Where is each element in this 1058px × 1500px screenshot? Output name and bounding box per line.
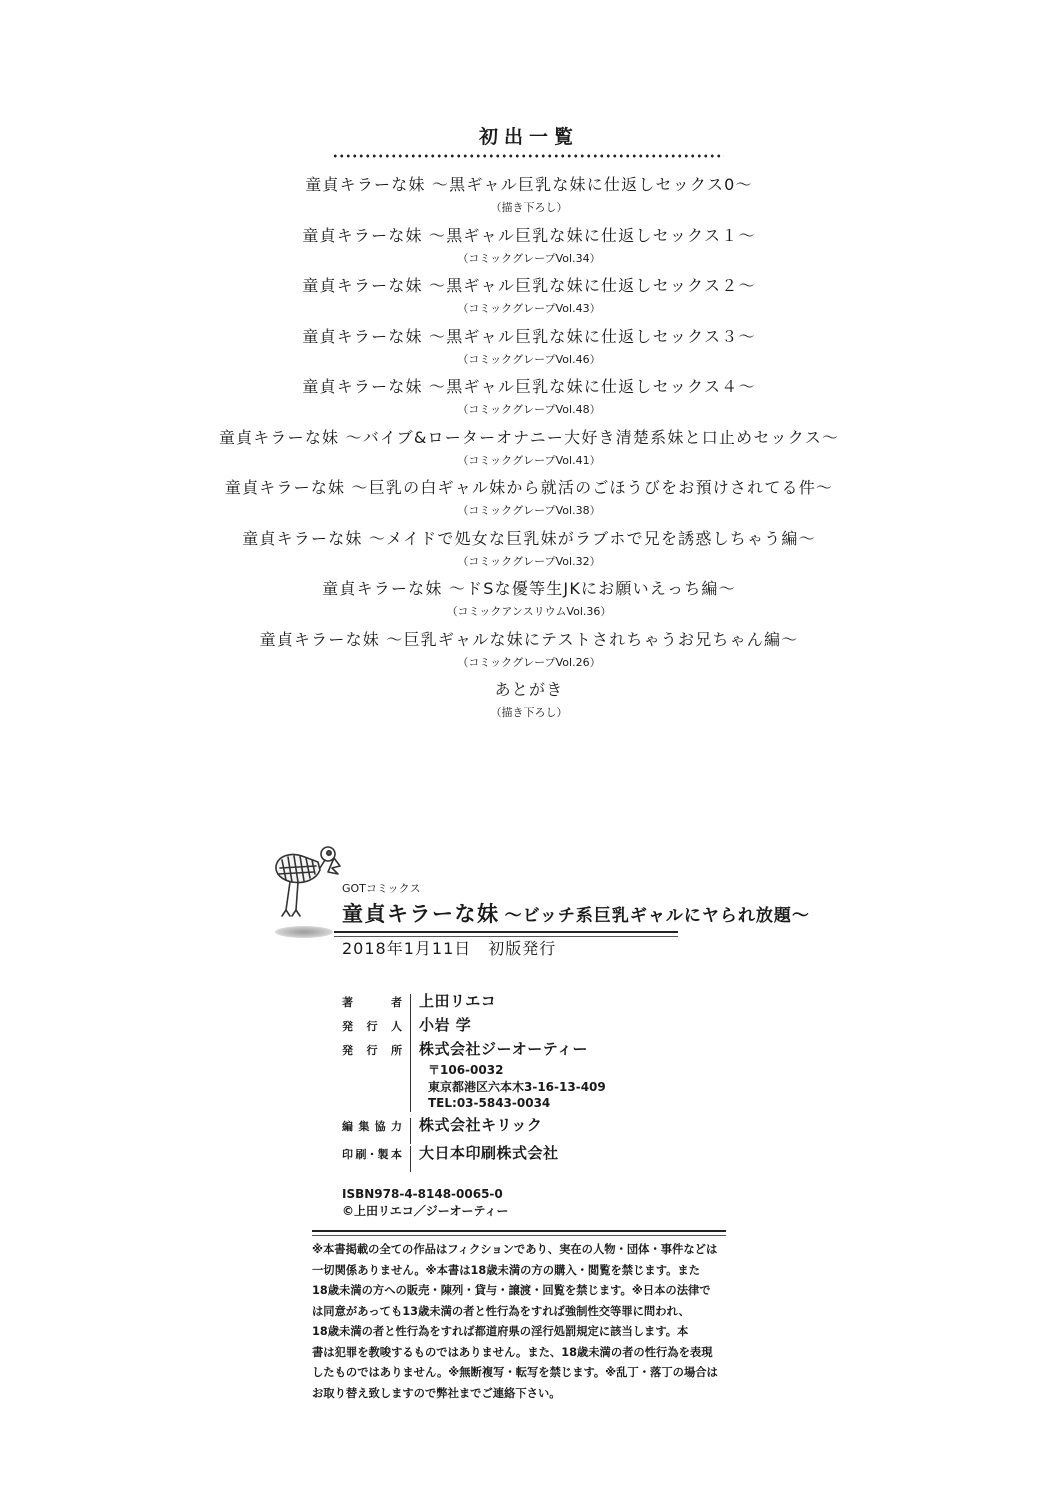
notice-line: 書は犯罪を教唆するものではありません。また、18歳未満の者の性行為を表現 (312, 1343, 726, 1364)
toc-entry-source: （コミックグレープVol.26） (0, 655, 1058, 671)
series-label: GOTコミックス (342, 880, 421, 896)
telephone: TEL:03-5843-0034 (428, 1095, 702, 1112)
credit-label: 著者 (342, 994, 411, 1018)
bird-logo-shadow (275, 926, 333, 938)
toc-entry-title: あとがき (0, 679, 1058, 701)
toc-entry: 童貞キラーな妹 ～黒ギャル巨乳な妹に仕返しセックス３～（コミックグレープVol.… (0, 326, 1058, 377)
toc-entry-title: 童貞キラーな妹 ～黒ギャル巨乳な妹に仕返しセックス４～ (0, 376, 1058, 398)
toc-entry-title: 童貞キラーな妹 ～バイブ&ローターオナニー大好き清楚系妹と口止めセックス～ (0, 427, 1058, 449)
credit-row-author: 著者 上田リエコ (342, 990, 702, 1014)
toc-entry-source: （描き下ろし） (0, 705, 1058, 721)
credit-value: 株式会社ジーオーティー (411, 1038, 588, 1059)
notice-line: 18歳未満の者と性行為をすれば都道府県の淫行処罰規定に該当します。本 (312, 1322, 726, 1343)
toc-entry: 童貞キラーな妹 ～バイブ&ローターオナニー大好き清楚系妹と口止めセックス～（コミ… (0, 427, 1058, 478)
credits-table: 著者 上田リエコ 発行人 小岩 学 発行所 株式会社ジーオーティー 〒106-0… (342, 990, 702, 1168)
toc-entry: 童貞キラーな妹 ～メイドで処女な巨乳妹がラブホで兄を誘惑しちゃう編～（コミックグ… (0, 528, 1058, 579)
toc-entry-title: 童貞キラーな妹 ～黒ギャル巨乳な妹に仕返しセックス３～ (0, 326, 1058, 348)
credit-label: 編集協力 (342, 1118, 411, 1144)
credit-value: 小岩 学 (411, 1014, 471, 1035)
bird-logo-icon (270, 840, 350, 930)
toc-entry: 童貞キラーな妹 ～黒ギャル巨乳な妹に仕返しセックス0～（描き下ろし） (0, 174, 1058, 225)
credit-value: 株式会社キリック (411, 1114, 542, 1135)
toc-entry-title: 童貞キラーな妹 ～黒ギャル巨乳な妹に仕返しセックス0～ (0, 174, 1058, 196)
toc-entry: 童貞キラーな妹 ～黒ギャル巨乳な妹に仕返しセックス１～（コミックグレープVol.… (0, 225, 1058, 276)
postal-code: 〒106-0032 (428, 1062, 702, 1079)
credit-row-editorial: 編集協力 株式会社キリック (342, 1114, 702, 1140)
book-title-main: 童貞キラーな妹 (342, 902, 500, 926)
notice-line: は同意があっても13歳未満の者と性行為をすれば強制性交等罪に問われ、 (312, 1302, 726, 1323)
toc-entry-title: 童貞キラーな妹 ～巨乳の白ギャル妹から就活のごほうびをお預けされてる件～ (0, 477, 1058, 499)
toc-entry-title: 童貞キラーな妹 ～メイドで処女な巨乳妹がラブホで兄を誘惑しちゃう編～ (0, 528, 1058, 550)
publication-date: 2018年1月11日 初版発行 (342, 936, 556, 959)
colophon: GOTコミックス 童貞キラーな妹 ～ビッチ系巨乳ギャルにヤられ放題～ 2018年… (270, 840, 830, 1460)
toc-entry-source: （コミックグレープVol.38） (0, 503, 1058, 519)
toc-entry-title: 童貞キラーな妹 ～ドSな優等生JKにお願いえっち編～ (0, 578, 1058, 600)
toc-entry-title: 童貞キラーな妹 ～黒ギャル巨乳な妹に仕返しセックス１～ (0, 225, 1058, 247)
isbn-block: ISBN978-4-8148-0065-0 ©上田リエコ／ジーオーティー (342, 1186, 509, 1220)
copyright: ©上田リエコ／ジーオーティー (342, 1203, 509, 1220)
credit-row-publisher: 発行所 株式会社ジーオーティー (342, 1038, 702, 1062)
credit-value: 大日本印刷株式会社 (411, 1142, 559, 1163)
notice-line: したものではありません。※無断複写・転写を禁じます。※乱丁・落丁の場合は (312, 1363, 726, 1384)
toc-entry: あとがき（描き下ろし） (0, 679, 1058, 730)
toc-entry: 童貞キラーな妹 ～黒ギャル巨乳な妹に仕返しセックス４～（コミックグレープVol.… (0, 376, 1058, 427)
toc-entry-title: 童貞キラーな妹 ～巨乳ギャルな妹にテストされちゃうお兄ちゃん編～ (0, 629, 1058, 651)
toc-entry: 童貞キラーな妹 ～ドSな優等生JKにお願いえっち編～（コミックアンスリウムVol… (0, 578, 1058, 629)
toc-list: 童貞キラーな妹 ～黒ギャル巨乳な妹に仕返しセックス0～（描き下ろし） 童貞キラー… (0, 174, 1058, 730)
credit-value: 上田リエコ (411, 990, 496, 1011)
toc-entry: 童貞キラーな妹 ～巨乳ギャルな妹にテストされちゃうお兄ちゃん編～（コミックグレー… (0, 629, 1058, 680)
toc-entry-source: （コミックグレープVol.41） (0, 453, 1058, 469)
toc-entry-title: 童貞キラーな妹 ～黒ギャル巨乳な妹に仕返しセックス２～ (0, 275, 1058, 297)
notice-line: お取り替え致しますので弊社までご連絡下さい。 (312, 1384, 726, 1405)
toc-entry-source: （コミックグレープVol.34） (0, 251, 1058, 267)
notice-line: 18歳未満の方への販売・陳列・貸与・譲渡・回覧を禁じます。※日本の法律で (312, 1281, 726, 1302)
notice-line: ※本書掲載の全ての作品はフィクションであり、実在の人物・団体・事件などは (312, 1240, 726, 1261)
notice-rule (312, 1230, 726, 1236)
credit-label: 発行人 (342, 1018, 411, 1042)
publisher-address: 〒106-0032 東京都港区六本木3-16-13-409 TEL:03-584… (410, 1062, 702, 1112)
credit-label: 発行所 (342, 1042, 411, 1066)
toc-entry-source: （コミックグレープVol.48） (0, 402, 1058, 418)
dotted-divider (332, 154, 724, 158)
toc-entry: 童貞キラーな妹 ～巨乳の白ギャル妹から就活のごほうびをお預けされてる件～（コミッ… (0, 477, 1058, 528)
street-address: 東京都港区六本木3-16-13-409 (428, 1079, 702, 1096)
toc-entry-source: （コミックアンスリウムVol.36） (0, 604, 1058, 620)
toc-title: 初出一覧 (0, 122, 1058, 149)
credit-label: 印刷・製本 (342, 1146, 411, 1172)
credit-row-printing: 印刷・製本 大日本印刷株式会社 (342, 1142, 702, 1168)
notice-line: 一切関係ありません。※本書は18歳未満の方の購入・閲覧を禁じます。また (312, 1261, 726, 1282)
toc-entry-source: （描き下ろし） (0, 200, 1058, 216)
legal-notice: ※本書掲載の全ての作品はフィクションであり、実在の人物・団体・事件などは 一切関… (312, 1240, 726, 1404)
isbn: ISBN978-4-8148-0065-0 (342, 1186, 509, 1203)
toc-entry-source: （コミックグレープVol.46） (0, 352, 1058, 368)
toc-entry-source: （コミックグレープVol.43） (0, 301, 1058, 317)
toc-entry-source: （コミックグレープVol.32） (0, 554, 1058, 570)
book-title: 童貞キラーな妹 ～ビッチ系巨乳ギャルにヤられ放題～ (342, 898, 810, 928)
credit-row-publisher-person: 発行人 小岩 学 (342, 1014, 702, 1038)
book-title-subtitle: ～ビッチ系巨乳ギャルにヤられ放題～ (505, 906, 810, 926)
toc-entry: 童貞キラーな妹 ～黒ギャル巨乳な妹に仕返しセックス２～（コミックグレープVol.… (0, 275, 1058, 326)
